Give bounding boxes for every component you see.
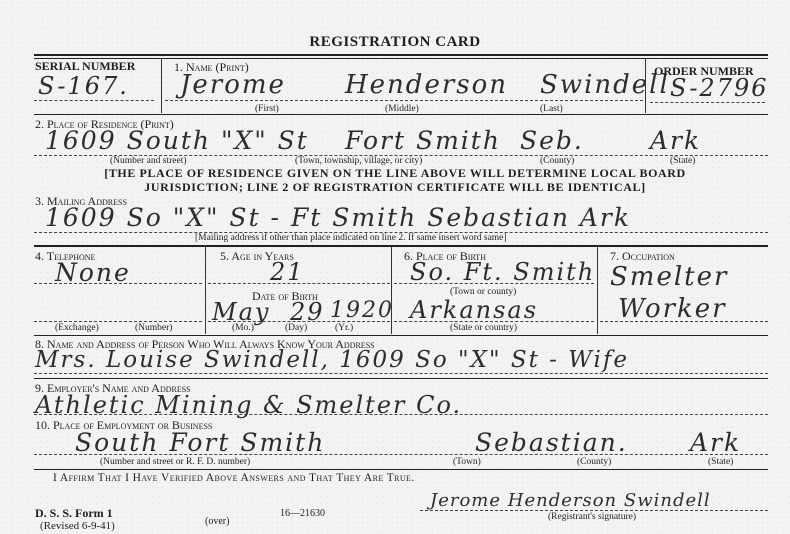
occupation-line (600, 321, 768, 322)
residence-state-caption: (State) (670, 156, 695, 166)
serial-line (34, 100, 154, 101)
employer-line (34, 414, 768, 415)
year-caption: (Yr.) (335, 323, 353, 333)
employment-county-caption: (County) (577, 457, 611, 467)
month-caption: (Mo.) (232, 323, 254, 333)
first-name-value: Jerome (180, 70, 286, 100)
row3-bottom (34, 245, 768, 247)
residence-county-caption: (County) (540, 156, 574, 166)
row1-bottom (34, 114, 768, 115)
middle-name-value: Henderson (345, 70, 508, 100)
residence-county-value: Seb. (520, 126, 584, 155)
age-line (208, 283, 390, 284)
order-number-value: S-2796 (670, 74, 769, 102)
day-caption: (Day) (285, 323, 307, 333)
employment-state-value: Ark (690, 428, 741, 457)
residence-state-value: Ark (650, 126, 701, 155)
last-name-value: Swindell (540, 70, 670, 100)
occupation-line2-value: Worker (618, 294, 727, 324)
signature-caption: (Registrant's signature) (548, 512, 636, 522)
residence-notice-line2: JURISDICTION; LINE 2 OF REGISTRATION CER… (0, 180, 790, 195)
row8-bottom (34, 378, 768, 379)
birth-year-value: 1920 (330, 298, 394, 323)
telephone-line-2 (34, 321, 202, 322)
employment-line (34, 454, 768, 455)
form-revision: (Revised 6-9-41) (40, 520, 115, 532)
age-divider (391, 247, 392, 334)
top-border-inner (34, 58, 768, 59)
contact-value: Mrs. Louise Swindell, 1609 So "X" St - W… (35, 347, 629, 373)
birthplace-divider (597, 247, 598, 334)
age-value: 21 (270, 258, 305, 286)
residence-town-value: Fort Smith (345, 126, 501, 155)
over-note: (over) (205, 516, 229, 527)
serial-divider (161, 58, 162, 113)
order-line (650, 102, 765, 103)
print-code: 16—21630 (280, 508, 325, 519)
contact-line (34, 373, 768, 374)
birth-state-caption: (State or country) (450, 323, 517, 333)
name-line (165, 100, 643, 101)
signature-line (420, 510, 768, 511)
employment-town-caption: (Town) (453, 457, 481, 467)
first-caption: (First) (255, 104, 279, 114)
residence-street-caption: (Number and street) (110, 156, 187, 166)
card-title: REGISTRATION CARD (0, 34, 790, 51)
mailing-caption: [Mailing address if other than place ind… (195, 233, 507, 243)
order-divider (645, 58, 646, 113)
form-id: D. S. S. Form 1 (35, 506, 113, 521)
employment-state-caption: (State) (708, 457, 733, 467)
row10-bottom (34, 469, 768, 470)
residence-town-caption: (Town, township, village, or city) (295, 156, 422, 166)
last-caption: (Last) (540, 104, 563, 114)
birth-state-line (394, 321, 594, 322)
employment-street-caption: (Number and street or R. F. D. number) (100, 457, 250, 467)
residence-notice-line1: [THE PLACE OF RESIDENCE GIVEN ON THE LIN… (0, 166, 790, 181)
telephone-line (34, 283, 202, 284)
birth-town-value: So. Ft. Smith (410, 258, 595, 286)
top-border (34, 54, 768, 56)
birth-town-line (394, 283, 594, 284)
number-caption: (Number) (135, 323, 172, 333)
registrant-signature: Jerome Henderson Swindell (430, 490, 711, 511)
employment-town-value: South Fort Smith (75, 428, 325, 457)
occupation-line1-value: Smelter (610, 262, 728, 292)
affirmation-text: I Affirm That I Have Verified Above Answ… (53, 472, 415, 484)
birth-state-value: Arkansas (410, 296, 538, 324)
mailing-address-value: 1609 So "X" St - Ft Smith Sebastian Ark (45, 203, 631, 232)
serial-number-value: S-167. (38, 72, 129, 100)
telephone-divider (205, 247, 206, 334)
middle-caption: (Middle) (385, 104, 419, 114)
employment-county-value: Sebastian. (475, 428, 628, 457)
row4-bottom (34, 335, 768, 336)
residence-street-value: 1609 South "X" St (45, 126, 309, 155)
birth-date-line (208, 321, 390, 322)
exchange-caption: (Exchange) (55, 323, 99, 333)
